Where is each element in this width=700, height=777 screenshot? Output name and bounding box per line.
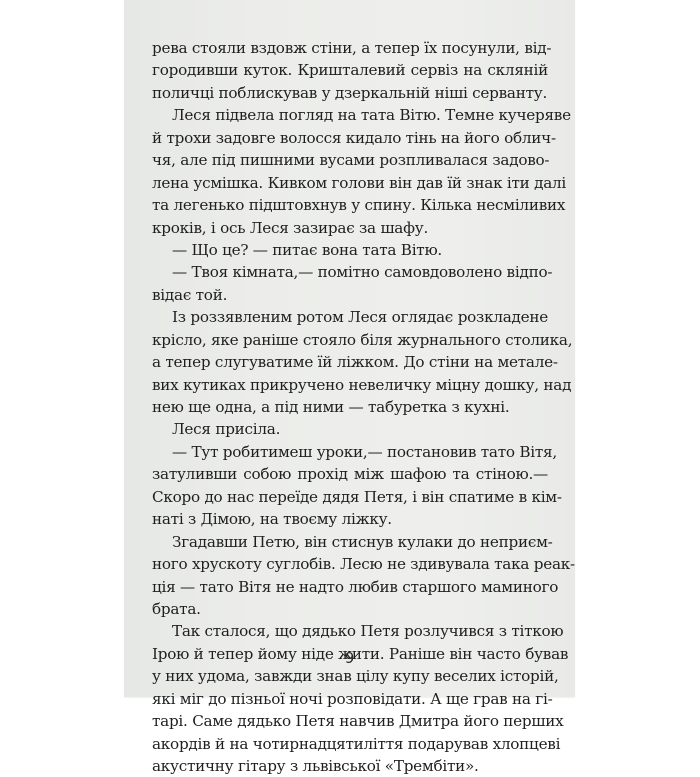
text-line: та легенько підштовхнув у спину. Кілька … [152,194,548,216]
text-line: відає той. [152,284,548,306]
text-line: ного хрускоту суглобів. Лесю не здивувал… [152,553,548,575]
text-line: брата. [152,598,548,620]
page-body-text: рева стояли вздовж стіни, а тепер їх пос… [152,37,548,700]
text-line: затуливши собою прохід між шафою та стін… [152,463,548,485]
text-line: й трохи задовге волосся кидало тінь на й… [152,127,548,149]
book-page: рева стояли вздовж стіни, а тепер їх пос… [124,0,575,697]
text-line: кроків, і ось Леся зазирає за шафу. [152,217,548,239]
text-line: городивши куток. Кришталевий сервіз на с… [152,59,548,81]
text-line: Леся підвела погляд на тата Вітю. Темне … [152,104,548,126]
text-line: Скоро до нас переїде дядя Петя, і він сп… [152,486,548,508]
text-line: — Твоя кімната,— помітно самовдоволено в… [152,261,548,283]
text-line: — Що це? — питає вона тата Вітю. [152,239,548,261]
text-line: крісло, яке раніше стояло біля журнально… [152,329,548,351]
text-line: вих кутиках прикручено невеличку міцну д… [152,374,548,396]
text-line: у них удома, завжди знав цілу купу весел… [152,665,548,687]
page-number: 9 [124,649,575,667]
text-line: які міг до пізньої ночі розповідати. А щ… [152,688,548,700]
text-line: рева стояли вздовж стіни, а тепер їх пос… [152,37,548,59]
text-line: нею ще одна, а під ними — табуретка з ку… [152,396,548,418]
text-line: Із роззявленим ротом Леся оглядає розкла… [152,306,548,328]
text-line: — Тут робитимеш уроки,— постановив тато … [152,441,548,463]
text-line: наті з Дімою, на твоєму ліжку. [152,508,548,530]
text-line: Так сталося, що дядько Петя розлучився з… [152,620,548,642]
text-line: поличці поблискував у дзеркальній ніші с… [152,82,548,104]
text-line: ція — тато Вітя не надто любив старшого … [152,576,548,598]
text-line: лена усмішка. Кивком голови він дав їй з… [152,172,548,194]
text-line: Леся присіла. [152,418,548,440]
text-line: а тепер слугуватиме їй ліжком. До стіни … [152,351,548,373]
text-line: чя, але під пишними вусами розпливалася … [152,149,548,171]
text-line: Згадавши Петю, він стиснув кулаки до неп… [152,531,548,553]
